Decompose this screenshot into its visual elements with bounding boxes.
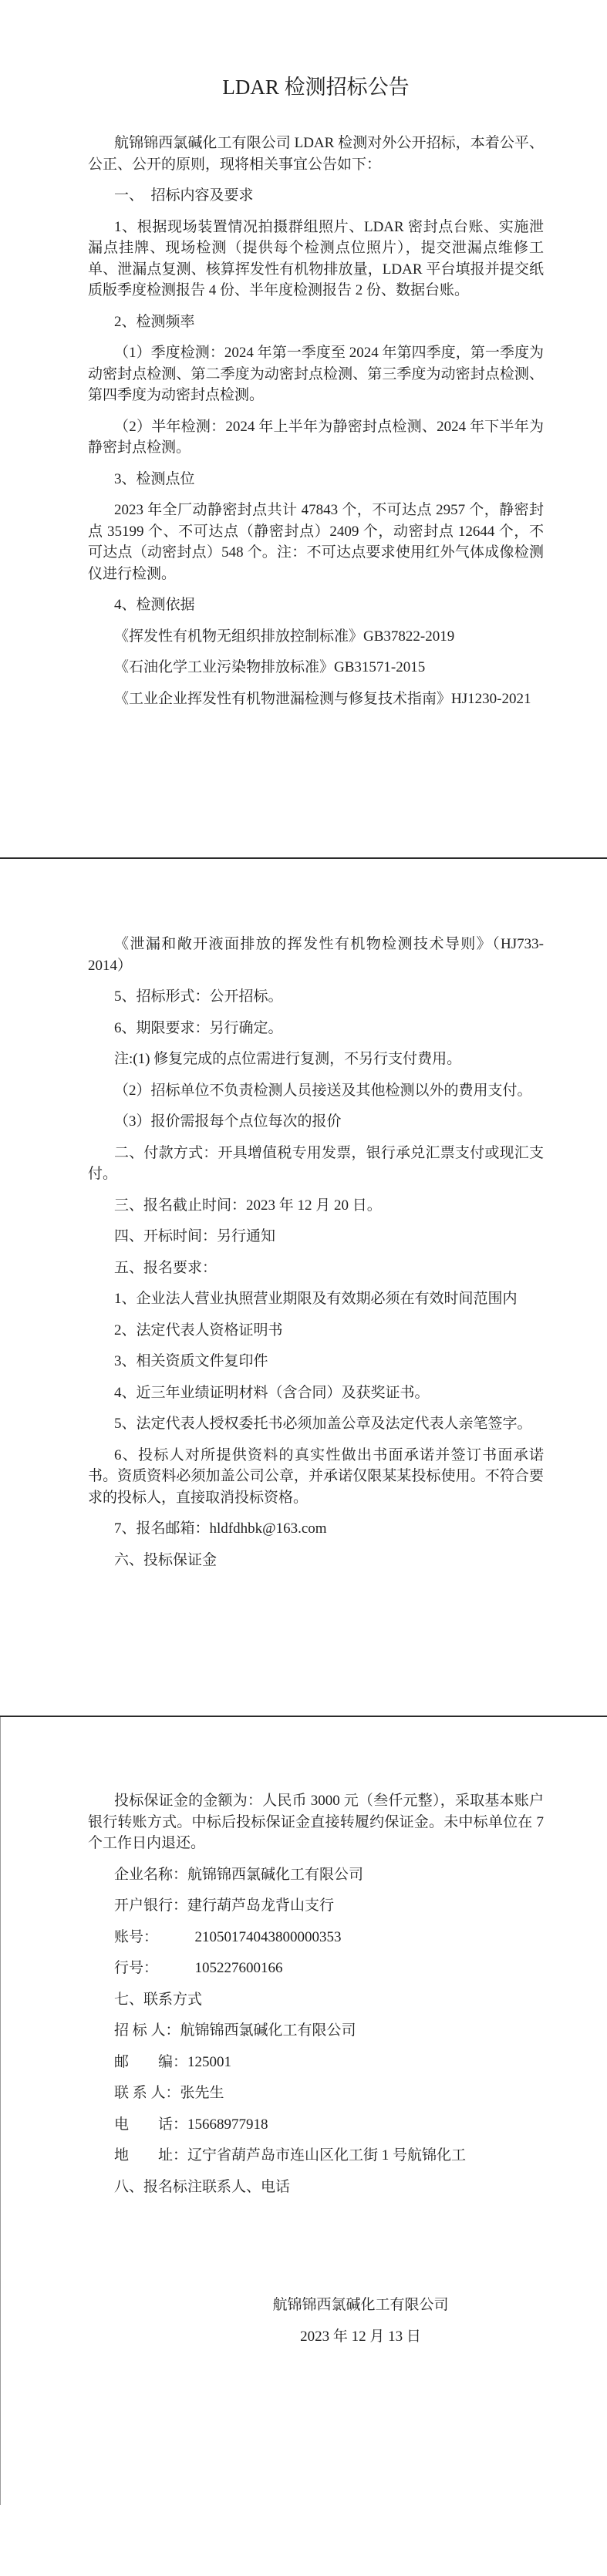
document-page-1: LDAR 检测招标公告航锦锦西氯碱化工有限公司 LDAR 检测对外公开招标，本着… [0,0,607,859]
paragraph: 1、企业法人营业执照营业期限及有效期必须在有效时间范围内 [88,1288,544,1310]
page-1-content: LDAR 检测招标公告航锦锦西氯碱化工有限公司 LDAR 检测对外公开招标，本着… [88,72,544,709]
section-6-heading: 六、投标保证金 [88,1550,544,1571]
paragraph: 5、招标形式：公开招标。 [88,986,544,1008]
paragraph: 6、投标人对所提供资料的真实性做出书面承诺并签订书面承诺书。资质资料必须加盖公司… [88,1445,544,1509]
page-3-content: 投标保证金的金额为：人民币 3000 元（叁仟元整），采取基本账户银行转账方式。… [88,1790,544,2347]
page-left-edge-line [0,1717,1,2505]
section-2-heading: 二、付款方式：开具增值税专用发票，银行承兑汇票支付或现汇支付。 [88,1143,544,1185]
paragraph: 3、相关资质文件复印件 [88,1351,544,1372]
contact-person-line: 联 系 人：张先生 [88,2083,544,2104]
phone-line: 电 话：15668977918 [88,2114,544,2136]
paragraph: 6、期限要求：另行确定。 [88,1018,544,1039]
signature-date: 2023 年 12 月 13 日 [133,2326,588,2348]
paragraph: 《泄漏和敞开液面排放的挥发性有机物检测技术导则》（HJ733-2014） [88,934,544,976]
section-7-heading: 七、联系方式 [88,1989,544,2011]
paragraph: 《石油化学工业污染物排放标准》GB31571-2015 [88,657,544,679]
tenderee-line: 招 标 人：航锦锦西氯碱化工有限公司 [88,2020,544,2042]
paragraph: 4、检测依据 [88,594,544,616]
paragraph: 4、近三年业绩证明材料（含合同）及获奖证书。 [88,1382,544,1404]
section-8-heading: 八、报名标注联系人、电话 [88,2177,544,2198]
address-line: 地 址：辽宁省葫芦岛市连山区化工街 1 号航锦化工 [88,2145,544,2167]
document-title: LDAR 检测招标公告 [88,72,544,103]
section-5-heading: 五、报名要求： [88,1258,544,1279]
email-line: 7、报名邮箱：hldfdhbk@163.com [88,1518,544,1540]
signature-company: 航锦锦西氯碱化工有限公司 [133,2295,588,2316]
paragraph: 1、根据现场装置情况拍摄群组照片、LDAR 密封点台账、实施泄漏点挂牌、现场检测… [88,217,544,301]
section-3-heading: 三、报名截止时间：2023 年 12 月 20 日。 [88,1195,544,1217]
paragraph: 3、检测点位 [88,469,544,490]
paragraph: （1）季度检测：2024 年第一季度至 2024 年第四季度，第一季度为动密封点… [88,342,544,406]
postcode-line: 邮 编：125001 [88,2052,544,2073]
paragraph: （2）半年检测：2024 年上半年为静密封点检测、2024 年下半年为静密封点检… [88,416,544,459]
paragraph: 2023 年全厂动静密封点共计 47843 个，不可达点 2957 个，静密封点… [88,500,544,584]
bank-account-line: 账号： 21050174043800000353 [88,1927,544,1948]
paragraph: 投标保证金的金额为：人民币 3000 元（叁仟元整），采取基本账户银行转账方式。… [88,1790,544,1854]
paragraph: （3）报价需报每个点位每次的报价 [88,1111,544,1133]
document: LDAR 检测招标公告航锦锦西氯碱化工有限公司 LDAR 检测对外公开招标，本着… [0,0,607,2576]
document-page-3: 投标保证金的金额为：人民币 3000 元（叁仟元整），采取基本账户银行转账方式。… [0,1717,607,2576]
paragraph: 注:(1) 修复完成的点位需进行复测，不另行支付费用。 [88,1049,544,1070]
section-4-heading: 四、开标时间：另行通知 [88,1226,544,1248]
document-page-2: 《泄漏和敞开液面排放的挥发性有机物检测技术导则》（HJ733-2014）5、招标… [0,859,607,1717]
paragraph: 5、法定代表人授权委托书必须加盖公章及法定代表人亲笔签字。 [88,1413,544,1435]
paragraph: （2）招标单位不负责检测人员接送及其他检测以外的费用支付。 [88,1080,544,1102]
paragraph: 航锦锦西氯碱化工有限公司 LDAR 检测对外公开招标，本着公平、公正、公开的原则… [88,133,544,175]
paragraph: 2、法定代表人资格证明书 [88,1320,544,1342]
company-name-line: 企业名称：航锦锦西氯碱化工有限公司 [88,1864,544,1886]
section-1-heading: 一、 招标内容及要求 [88,185,544,207]
paragraph: 《工业企业挥发性有机物泄漏检测与修复技术指南》HJ1230-2021 [88,689,544,710]
bank-branch-code-line: 行号： 105227600166 [88,1958,544,1979]
page-2-content: 《泄漏和敞开液面排放的挥发性有机物检测技术导则》（HJ733-2014）5、招标… [88,934,544,1571]
bank-name-line: 开户银行：建行葫芦岛龙背山支行 [88,1895,544,1917]
paragraph: 2、检测频率 [88,311,544,333]
paragraph: 《挥发性有机物无组织排放控制标准》GB37822-2019 [88,626,544,648]
